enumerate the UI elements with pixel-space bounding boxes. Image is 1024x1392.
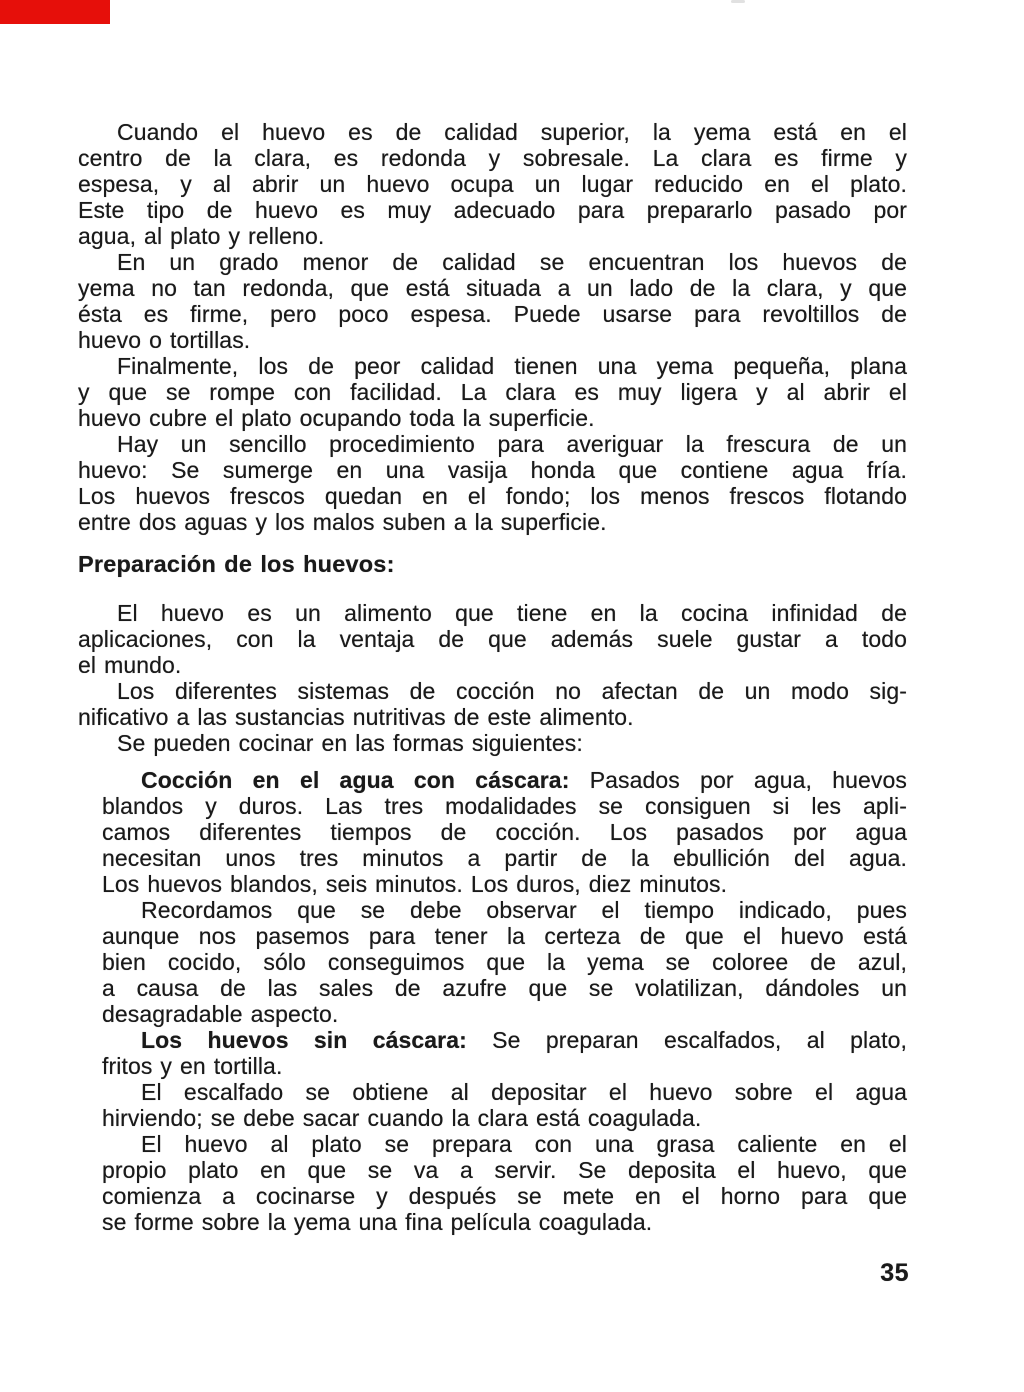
text-line: Los huevos sin cáscara: Se preparan esca… bbox=[102, 1027, 907, 1053]
paragraph: Hay un sencillo procedimiento para averi… bbox=[78, 431, 907, 535]
bold-lead: Cocción en el agua con cáscara: bbox=[141, 767, 569, 793]
text-line: ésta es firme, pero poco espesa. Puede u… bbox=[78, 301, 907, 327]
paragraph: Se pueden cocinar en las formas siguient… bbox=[78, 730, 907, 756]
text-line: huevo: Se sumerge en una vasija honda qu… bbox=[78, 457, 907, 483]
section-heading: Preparación de los huevos: bbox=[78, 551, 907, 577]
text-line: El huevo al plato se prepara con una gra… bbox=[102, 1131, 907, 1157]
text-line: El huevo es un alimento que tiene en la … bbox=[78, 600, 907, 626]
text-line: Este tipo de huevo es muy adecuado para … bbox=[78, 197, 907, 223]
text-line: Cuando el huevo es de calidad superior, … bbox=[78, 119, 907, 145]
paragraph: Cuando el huevo es de calidad superior, … bbox=[78, 119, 907, 249]
text-line: comienza a cocinarse y después se mete e… bbox=[102, 1183, 907, 1209]
text-line: Hay un sencillo procedimiento para averi… bbox=[78, 431, 907, 457]
text-line: nificativo a las sustancias nutritivas d… bbox=[78, 704, 907, 730]
text-line: Se pueden cocinar en las formas siguient… bbox=[78, 730, 907, 756]
paragraph: Finalmente, los de peor calidad tienen u… bbox=[78, 353, 907, 431]
text-line: y que se rompe con facilidad. La clara e… bbox=[78, 379, 907, 405]
text-line: huevo cubre el plato ocupando toda la su… bbox=[78, 405, 907, 431]
text-line: fritos y en tortilla. bbox=[102, 1053, 907, 1079]
text-line: aplicaciones, con la ventaja de que adem… bbox=[78, 626, 907, 652]
bold-lead: Los huevos sin cáscara: bbox=[141, 1027, 467, 1053]
text-line: Los diferentes sistemas de cocción no af… bbox=[78, 678, 907, 704]
text-line: Los huevos frescos quedan en el fondo; l… bbox=[78, 483, 907, 509]
paragraph: En un grado menor de calidad se encuentr… bbox=[78, 249, 907, 353]
paragraph: Cocción en el agua con cáscara: Pasados … bbox=[102, 767, 907, 897]
paragraph: Los huevos sin cáscara: Se preparan esca… bbox=[102, 1027, 907, 1079]
text-line: En un grado menor de calidad se encuentr… bbox=[78, 249, 907, 275]
paragraph: El huevo es un alimento que tiene en la … bbox=[78, 600, 907, 678]
text-line: yema no tan redonda, que está situada a … bbox=[78, 275, 907, 301]
text-line: desagradable aspecto. bbox=[102, 1001, 907, 1027]
text-line: entre dos aguas y los malos suben a la s… bbox=[78, 509, 907, 535]
text-line: El escalfado se obtiene al depositar el … bbox=[102, 1079, 907, 1105]
scan-smudge bbox=[731, 0, 745, 3]
text-line: el mundo. bbox=[78, 652, 907, 678]
text-line: centro de la clara, es redonda y sobresa… bbox=[78, 145, 907, 171]
text-line: necesitan unos tres minutos a partir de … bbox=[102, 845, 907, 871]
text-line: espesa, y al abrir un huevo ocupa un lug… bbox=[78, 171, 907, 197]
paragraph: Recordamos que se debe observar el tiemp… bbox=[102, 897, 907, 1027]
text-line: aunque nos pasemos para tener la certeza… bbox=[102, 923, 907, 949]
text-line: Los huevos blandos, seis minutos. Los du… bbox=[102, 871, 907, 897]
text-line: se forme sobre la yema una fina película… bbox=[102, 1209, 907, 1235]
text-line: Cocción en el agua con cáscara: Pasados … bbox=[102, 767, 907, 793]
red-scan-mark bbox=[0, 0, 110, 24]
paragraph: El escalfado se obtiene al depositar el … bbox=[102, 1079, 907, 1131]
text-line: huevo o tortillas. bbox=[78, 327, 907, 353]
page-number: 35 bbox=[880, 1259, 909, 1288]
text-line: agua, al plato y relleno. bbox=[78, 223, 907, 249]
text-line: bien cocido, sólo conseguimos que la yem… bbox=[102, 949, 907, 975]
paragraph: El huevo al plato se prepara con una gra… bbox=[102, 1131, 907, 1235]
text-column: Cuando el huevo es de calidad superior, … bbox=[78, 119, 907, 1235]
text-line: camos diferentes tiempos de cocción. Los… bbox=[102, 819, 907, 845]
paragraph: Los diferentes sistemas de cocción no af… bbox=[78, 678, 907, 730]
text-line: Recordamos que se debe observar el tiemp… bbox=[102, 897, 907, 923]
text-line: blandos y duros. Las tres modalidades se… bbox=[102, 793, 907, 819]
text-line: Finalmente, los de peor calidad tienen u… bbox=[78, 353, 907, 379]
text-line: hirviendo; se debe sacar cuando la clara… bbox=[102, 1105, 907, 1131]
text-line: a causa de las sales de azufre que se vo… bbox=[102, 975, 907, 1001]
text-line: propio plato en que se va a servir. Se d… bbox=[102, 1157, 907, 1183]
